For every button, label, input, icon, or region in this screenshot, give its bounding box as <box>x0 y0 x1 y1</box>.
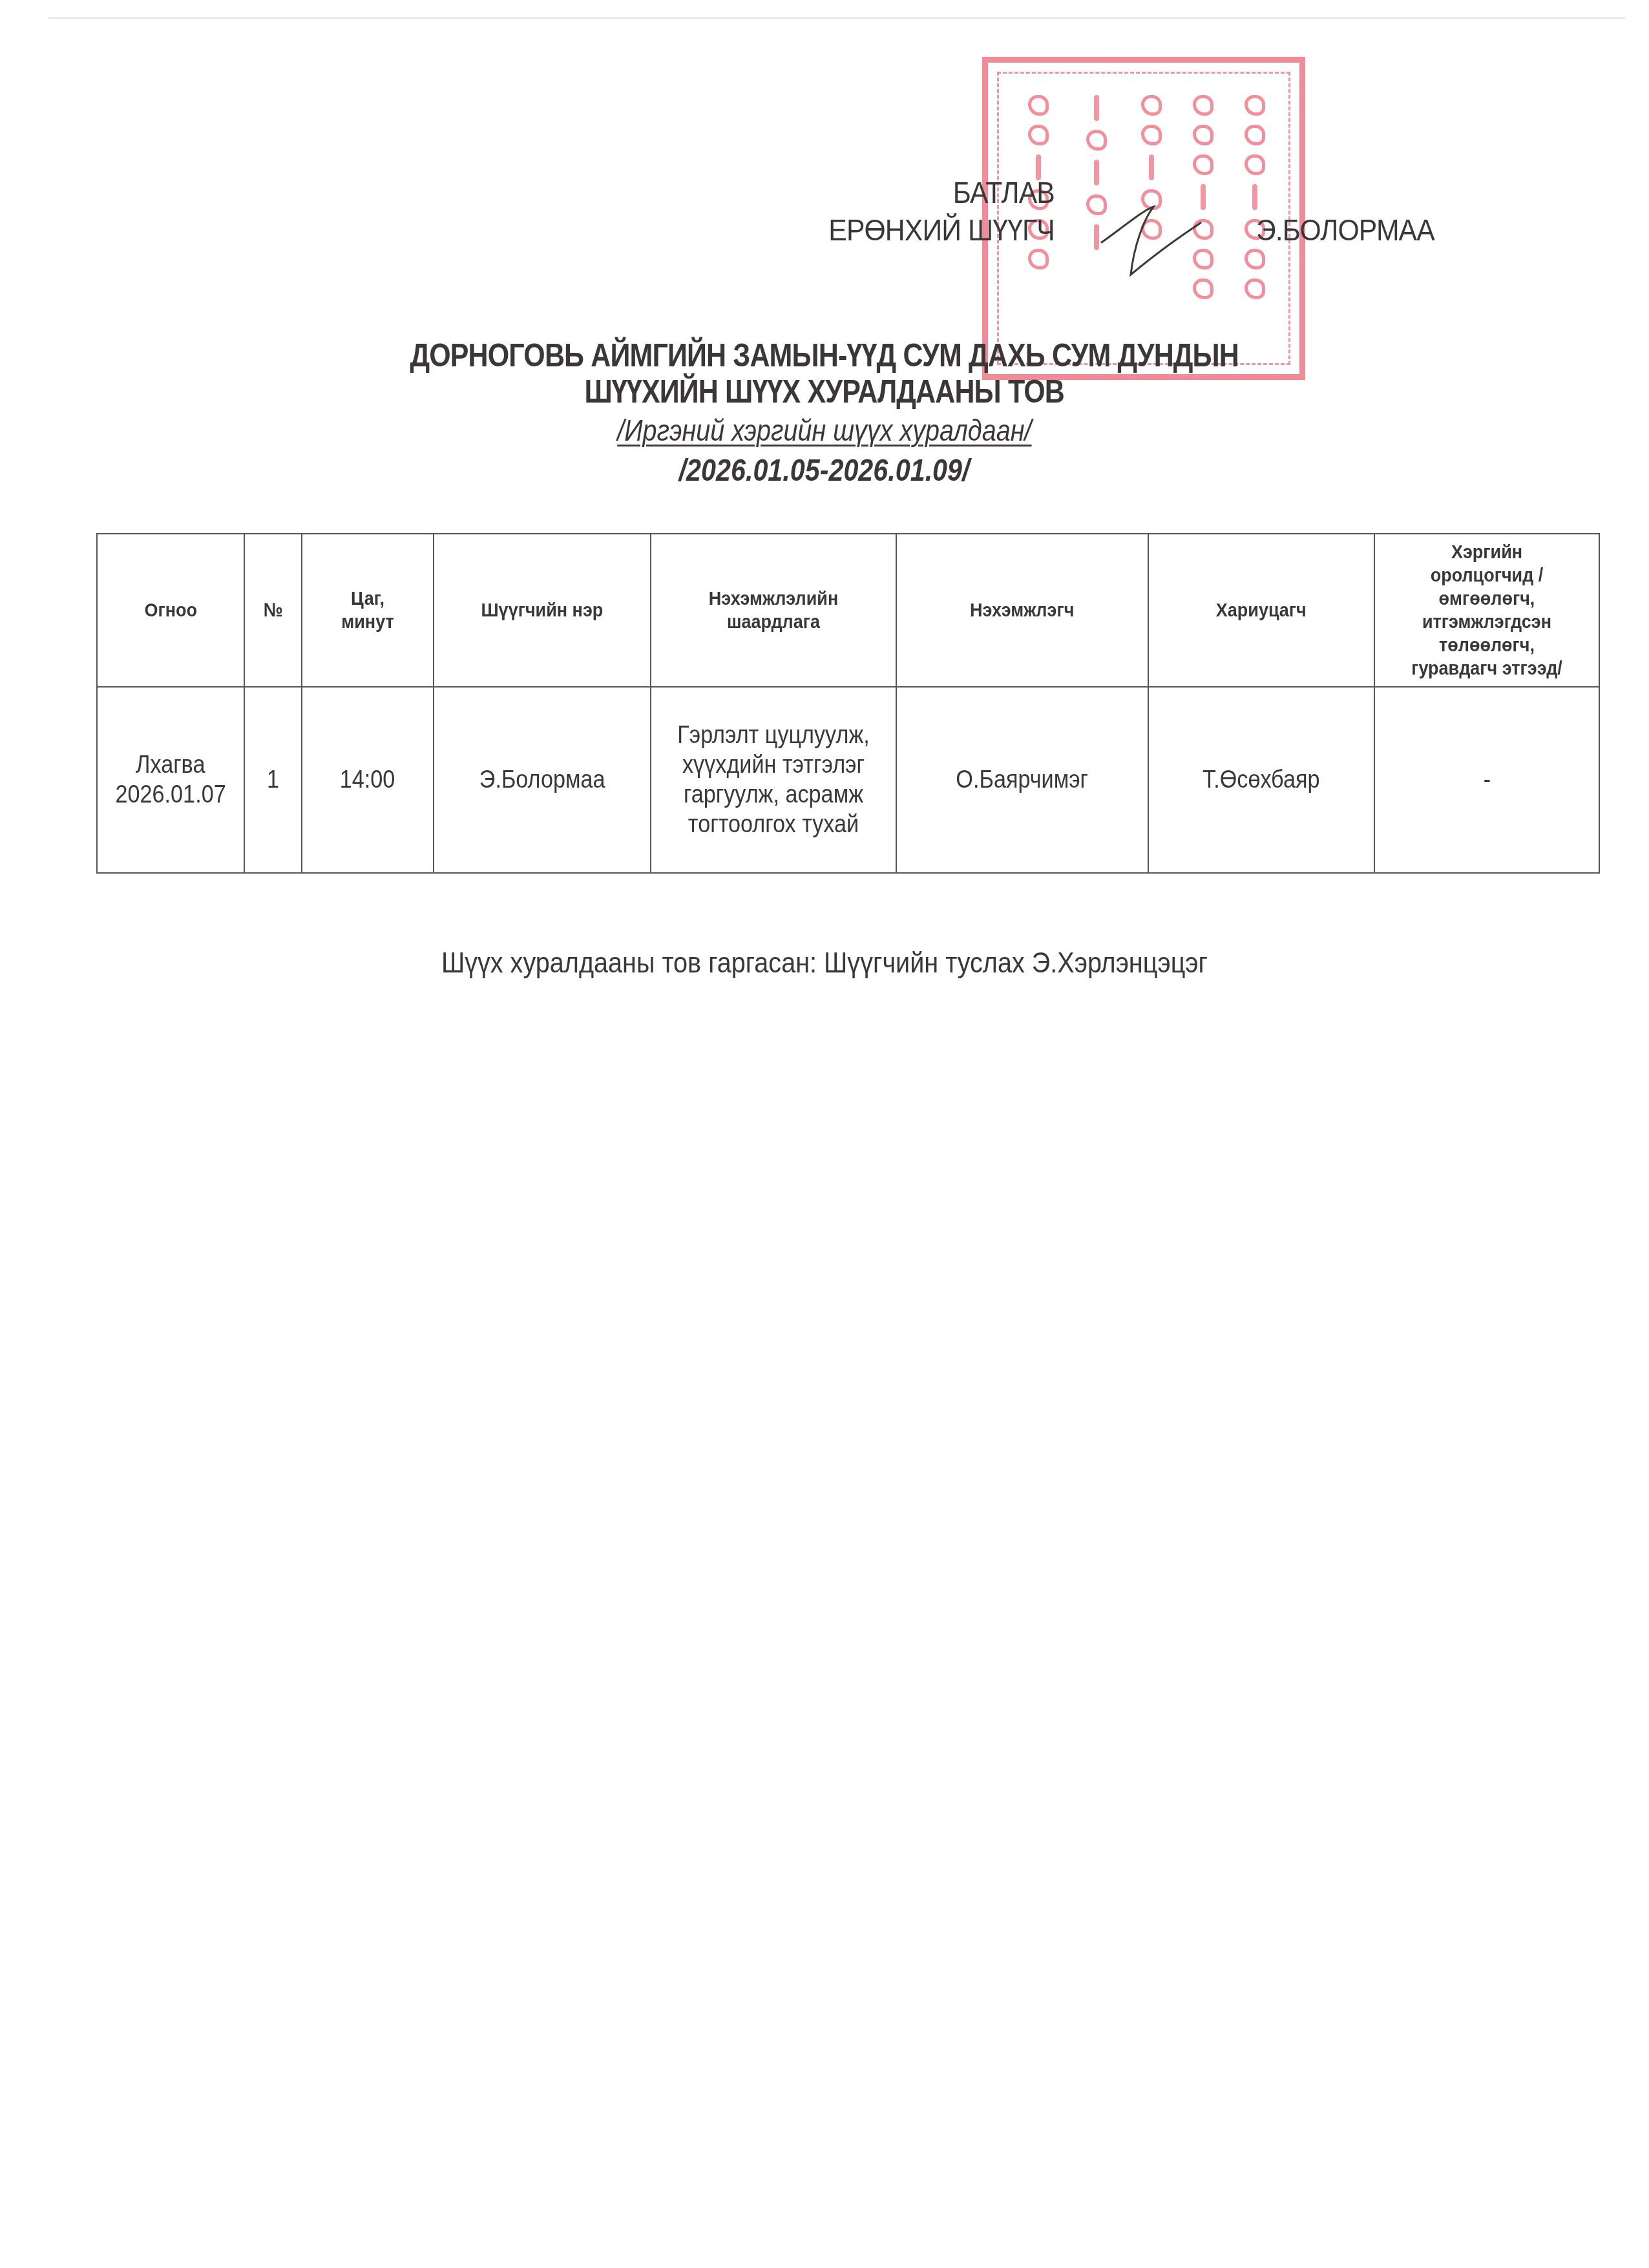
cell-defendant: Т.Өсөхбаяр <box>1148 687 1374 873</box>
approver-position: ЕРӨНХИЙ ШҮҮГЧ <box>828 213 1055 247</box>
document-title-line2: ШҮҮХИЙН ШҮҮХ ХУРАЛДААНЫ ТОВ <box>0 373 1649 410</box>
column-header-date: Огноо <box>97 534 244 687</box>
table-header-row: Огноо № Цаг, минут Шүүгчийн нэр Нэхэмжлэ… <box>97 534 1599 687</box>
approval-label: БАТЛАВ <box>953 176 1055 209</box>
column-header-number: № <box>244 534 302 687</box>
cell-time: 14:00 <box>302 687 434 873</box>
schedule-date-range: /2026.01.05-2026.01.09/ <box>0 454 1649 488</box>
document-subtitle: /Иргэний хэргийн шүүх хуралдаан/ <box>0 414 1649 447</box>
cell-plaintiff: О.Баярчимэг <box>896 687 1148 873</box>
column-header-defendant: Хариуцагч <box>1148 534 1374 687</box>
handwritten-signature <box>1098 194 1202 278</box>
cell-number: 1 <box>244 687 302 873</box>
prepared-by-note: Шүүх хуралдааны тов гаргасан: Шүүгчийн т… <box>0 947 1649 980</box>
cell-judge: Э.Болормаа <box>434 687 651 873</box>
document-title-line1: ДОРНОГОВЬ АЙМГИЙН ЗАМЫН-ҮҮД СУМ ДАХЬ СУМ… <box>0 337 1649 373</box>
cell-date: Лхагва 2026.01.07 <box>97 687 244 873</box>
column-header-time: Цаг, минут <box>302 534 434 687</box>
seal-script-column <box>1027 95 1050 328</box>
column-header-participants: Хэргийн оролцогчид /өмгөөлөгч, итгэмжлэг… <box>1374 534 1599 687</box>
table-row: Лхагва 2026.01.07 1 14:00 Э.Болормаа Гэр… <box>97 687 1599 873</box>
column-header-judge: Шүүгчийн нэр <box>434 534 651 687</box>
column-header-claim: Нэхэмжлэлийн шаардлага <box>651 534 896 687</box>
scan-edge-line <box>48 17 1625 19</box>
approver-name: Э.БОЛОРМАА <box>1256 213 1434 247</box>
column-header-plaintiff: Нэхэмжлэгч <box>896 534 1148 687</box>
seal-script-column <box>1243 95 1266 328</box>
hearing-schedule-table: Огноо № Цаг, минут Шүүгчийн нэр Нэхэмжлэ… <box>96 533 1600 874</box>
cell-participants: - <box>1374 687 1599 873</box>
cell-claim: Гэрлэлт цуцлуулж, хүүхдийн тэтгэлэг гарг… <box>651 687 896 873</box>
